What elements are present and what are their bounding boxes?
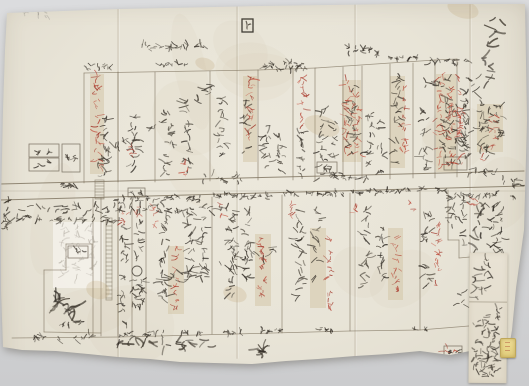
bottom-street-note xyxy=(112,338,216,356)
yellow-archive-label xyxy=(500,338,516,358)
map-seal-stamp xyxy=(239,16,256,35)
horizontal-annotation-lines xyxy=(4,204,240,228)
photo-stage: 天保十□年六月 東 四ッ谷□□□□ xyxy=(0,0,529,386)
compass-east-label xyxy=(252,342,272,360)
diagonal-note-lower xyxy=(142,246,276,290)
left-margin-labels xyxy=(2,138,84,200)
diagonal-note-upper xyxy=(95,82,217,164)
right-margin-parcels xyxy=(448,188,510,258)
